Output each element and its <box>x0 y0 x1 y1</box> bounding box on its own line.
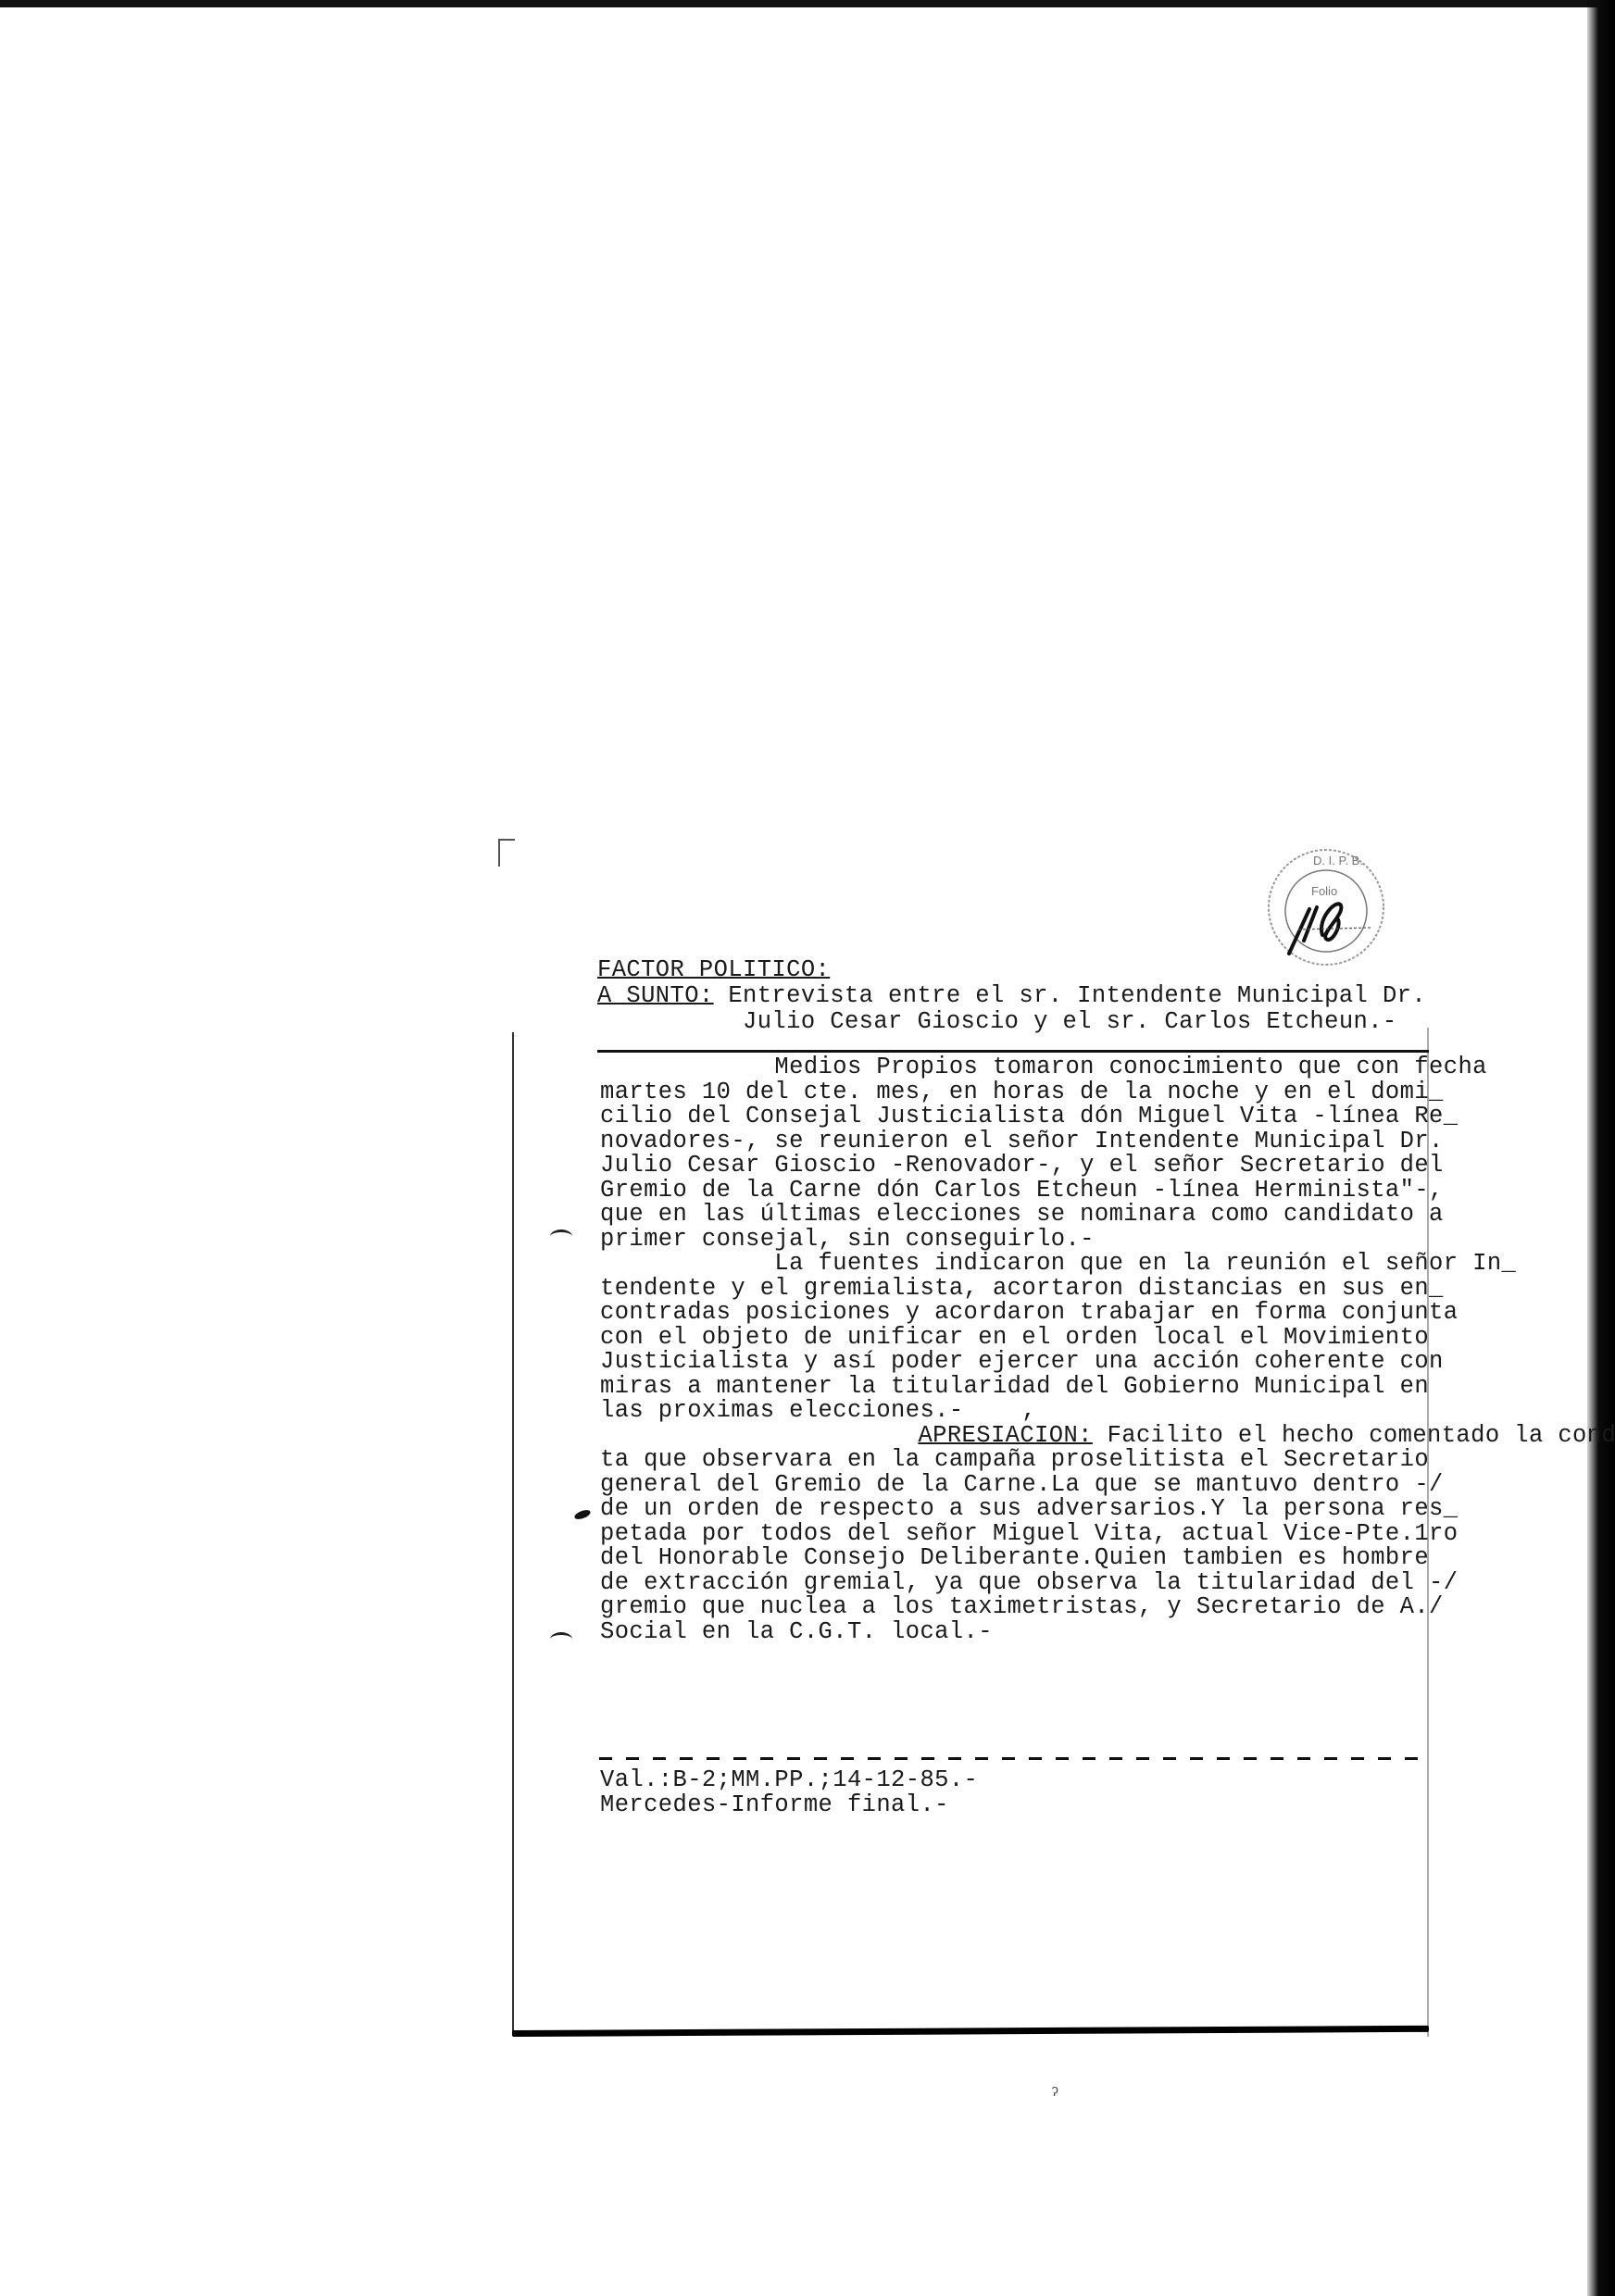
folio-stamp: D. I. P. B. Folio <box>1252 844 1400 974</box>
report-body: Medios Propios tomaron conocimiento que … <box>600 1055 1433 1644</box>
sheet-edge-left <box>512 1032 514 2032</box>
stamp-label: Folio <box>1311 884 1337 898</box>
asunto-text-line1: Entrevista entre el sr. Intendente Munic… <box>714 982 1426 1009</box>
sheet-edge-bottom <box>512 2026 1429 2037</box>
body-line: Gremio de la Carne dón Carlos Etcheun -l… <box>600 1179 1433 1204</box>
apreciacion-line: Social en la C.G.T. local.- <box>600 1620 1433 1645</box>
apreciacion-line: APRESIACION: Facilito el hecho comentado… <box>600 1424 1433 1449</box>
page-corner-mark <box>498 839 515 867</box>
body-line: las proximas elecciones.- , <box>600 1399 1433 1424</box>
scan-border-right <box>1587 0 1615 2296</box>
body-line: contradas posiciones y acordaron trabaja… <box>600 1301 1433 1326</box>
apreciacion-line: de un orden de respecto a sus adversario… <box>600 1497 1433 1522</box>
stamp-ring-text: D. I. P. B. <box>1313 854 1363 867</box>
apreciacion-line: ta que observara en la campaña proseliti… <box>600 1448 1433 1473</box>
apreciacion-label: APRESIACION: <box>918 1422 1092 1449</box>
body-line: con el objeto de unificar en el orden lo… <box>600 1326 1433 1351</box>
document-header: FACTOR POLITICO: A SUNTO: Entrevista ent… <box>597 958 1431 1036</box>
apreciacion-line: petada por todos del señor Miguel Vita, … <box>600 1522 1433 1547</box>
factor-heading: FACTOR POLITICO: <box>597 956 830 983</box>
margin-bracket-mark <box>550 1229 572 1243</box>
scan-border-top <box>0 0 1615 7</box>
body-line: que en las últimas elecciones se nominar… <box>600 1203 1433 1228</box>
location-line: Mercedes-Informe final.- <box>600 1793 1433 1818</box>
apreciacion-line: del Honorable Consejo Deliberante.Quien … <box>600 1546 1433 1571</box>
body-line: martes 10 del cte. mes, en horas de la n… <box>600 1080 1433 1105</box>
margin-ink-blot <box>573 1508 592 1521</box>
asunto-text-line2: Julio Cesar Gioscio y el sr. Carlos Etch… <box>597 1008 1397 1035</box>
apreciacion-line: general del Gremio de la Carne.La que se… <box>600 1473 1433 1498</box>
body-line: primer consejal, sin conseguirlo.- <box>600 1228 1433 1253</box>
valuation-line: Val.:B-2;MM.PP.;14-12-85.- <box>600 1768 1433 1793</box>
apreciacion-line: gremio que nuclea a los taximetristas, y… <box>600 1595 1433 1620</box>
dashed-separator <box>599 1757 1428 1760</box>
header-rule <box>597 1050 1429 1053</box>
body-line: Julio Cesar Gioscio -Renovador-, y el se… <box>600 1154 1433 1179</box>
body-line: cilio del Consejal Justicialista dón Mig… <box>600 1104 1433 1129</box>
body-line: Justicialista y así poder ejercer una ac… <box>600 1350 1433 1375</box>
body-line: novadores-, se reunieron el señor Intend… <box>600 1129 1433 1154</box>
asunto-label: A SUNTO: <box>597 982 714 1009</box>
body-line: Medios Propios tomaron conocimiento que … <box>600 1055 1433 1080</box>
body-line: tendente y el gremialista, acortaron dis… <box>600 1277 1433 1302</box>
body-line: miras a mantener la titularidad del Gobi… <box>600 1375 1433 1400</box>
apreciacion-line: de extracción gremial, ya que observa la… <box>600 1571 1433 1596</box>
stray-pen-mark: ʔ <box>1051 2086 1058 2101</box>
margin-bracket-mark <box>550 1632 572 1646</box>
body-line: La fuentes indicaron que en la reunión e… <box>600 1252 1433 1277</box>
report-footer: Val.:B-2;MM.PP.;14-12-85.- Mercedes-Info… <box>600 1768 1433 1817</box>
